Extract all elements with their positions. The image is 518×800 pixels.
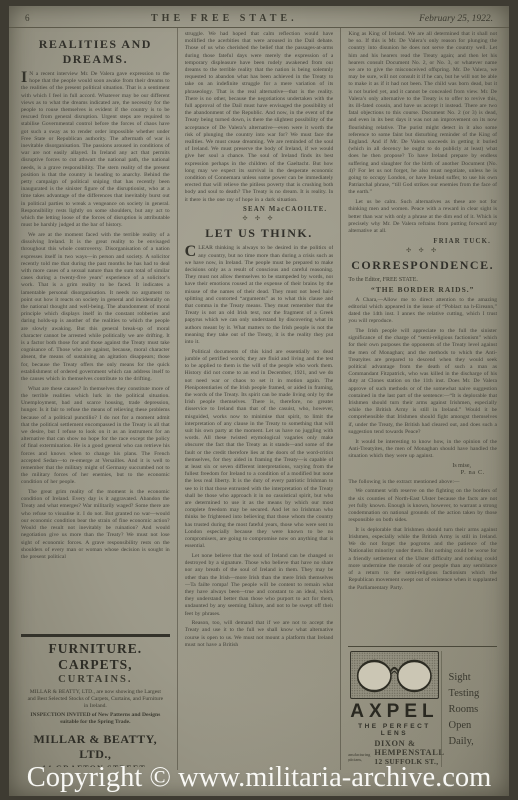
paragraph: The great grim reality of the moment is …: [21, 489, 170, 561]
extract-intro: The following is the extract mentioned a…: [348, 479, 497, 486]
paragraph: Political documents of this kind are ess…: [185, 349, 334, 551]
side-word: Daily,: [449, 736, 498, 747]
column-3-text: King as King of Ireland. We are all dete…: [348, 31, 497, 646]
section-divider-ornament: ✣ ✣ ✣: [185, 215, 334, 222]
paragraph: King as King of Ireland. We are all dete…: [348, 31, 497, 197]
article-body-realities: IN a recent interview Mr. De Valera gave…: [21, 71, 170, 634]
issue-date: February 25, 1922.: [419, 14, 493, 24]
newspaper-page: 6 THE FREE STATE. February 25, 1922. REA…: [9, 6, 509, 796]
side-word: Sight: [449, 672, 498, 683]
side-word: Open: [449, 720, 498, 731]
side-word: Rooms: [449, 704, 498, 715]
paragraph: We comment with reserve on the fighting …: [348, 488, 497, 524]
paragraph: What are these causes? In themselves the…: [21, 386, 170, 487]
section-headline-correspondence: CORRESPONDENCE.: [348, 258, 497, 273]
author-signature-friar-tuck: FRIAR TUCK.: [348, 238, 491, 245]
section-divider-ornament: ✣ ✣ ✣: [348, 247, 497, 254]
paragraph: Reason, too, will demand that if we are …: [185, 620, 334, 649]
paragraph: struggle. We had hoped that calm reflect…: [185, 31, 334, 204]
newspaper-title: THE FREE STATE.: [151, 13, 298, 24]
axpel-ad-main: AXPEL THE PERFECT LENS Manufacturing Opt…: [348, 651, 440, 767]
paragraph: It would be interesting to know how, in …: [348, 439, 497, 461]
ad-title-furniture-carpets: FURNITURE. CARPETS,: [21, 641, 170, 673]
advertiser-address: 14 GRAFTON STREET,: [21, 764, 170, 767]
letter-signoff: Is mise, P. na C.: [348, 463, 497, 476]
article-headline-let-us-think: LET US THINK.: [185, 226, 334, 241]
column-layout: REALITIES AND DREAMS. IN a recent interv…: [9, 28, 509, 770]
paragraph: Let none believe that the soul of Irelan…: [185, 553, 334, 618]
pince-nez-glasses-icon: [351, 652, 438, 698]
author-signature-sean-maccaoilte: SEAN MacCAOILTE.: [185, 206, 328, 213]
furniture-advertisement: FURNITURE. CARPETS, CURTAINS. MILLAR & B…: [21, 634, 170, 767]
column-3: King as King of Ireland. We are all dete…: [340, 28, 504, 770]
optician-name-address: DIXON & HEMPENSTALL 12 SUFFOLK ST., DUBL…: [374, 739, 444, 767]
page-number: 6: [25, 13, 30, 23]
paragraph: IN a recent interview Mr. De Valera gave…: [21, 71, 170, 229]
axpel-optician-advertisement: AXPEL THE PERFECT LENS Manufacturing Opt…: [348, 646, 497, 767]
axpel-brand-wordmark: AXPEL: [348, 701, 440, 723]
letter-salutation: To the Editor, FREE STATE.: [348, 277, 497, 283]
ad-inspection-text: INSPECTION INVITED of New Patterns and D…: [21, 712, 170, 726]
column-1: REALITIES AND DREAMS. IN a recent interv…: [14, 28, 177, 770]
sight-testing-side-text: Sight Testing Rooms Open Daily,: [441, 651, 498, 767]
paragraph: CLEAR thinking is always to be desired i…: [185, 245, 334, 346]
paragraph: We are at the moment faced with the terr…: [21, 232, 170, 383]
spectacles-image: [350, 651, 439, 699]
paragraph: The Irish people will appreciate to the …: [348, 328, 497, 436]
advertiser-name: MILLAR & BEATTY, LTD.,: [21, 732, 170, 762]
paragraph: A Chara,—Allow me to direct attention to…: [348, 297, 497, 326]
paragraph: Let us be calm. Such alternatives as the…: [348, 199, 497, 235]
paragraph: It is deplorable that Irishmen should tu…: [348, 527, 497, 592]
column-2: struggle. We had hoped that calm reflect…: [177, 28, 341, 770]
side-word: Testing: [449, 688, 498, 699]
letter-signature-p-na-c: P. na C.: [348, 469, 485, 476]
axpel-tagline: THE PERFECT LENS: [348, 723, 440, 737]
axpel-company-line: Manufacturing Opticians, DIXON & HEMPENS…: [348, 739, 440, 767]
letter-title-border-raids: “THE BORDER RAIDS.”: [348, 285, 497, 294]
optician-address: 12 SUFFOLK ST., DUBLIN.: [374, 757, 444, 767]
masthead: 6 THE FREE STATE. February 25, 1922.: [9, 6, 509, 28]
article-headline-realities-and-dreams: REALITIES AND DREAMS.: [21, 37, 170, 67]
optician-company-name: DIXON & HEMPENSTALL: [374, 739, 444, 757]
ad-title-curtains: CURTAINS.: [21, 674, 170, 685]
optician-role-label: Manufacturing Opticians,: [348, 752, 370, 762]
article-body-continuation: struggle. We had hoped that calm reflect…: [185, 31, 334, 767]
ad-body-text: MILLAR & BEATTY, LTD., are now showing t…: [21, 689, 170, 710]
